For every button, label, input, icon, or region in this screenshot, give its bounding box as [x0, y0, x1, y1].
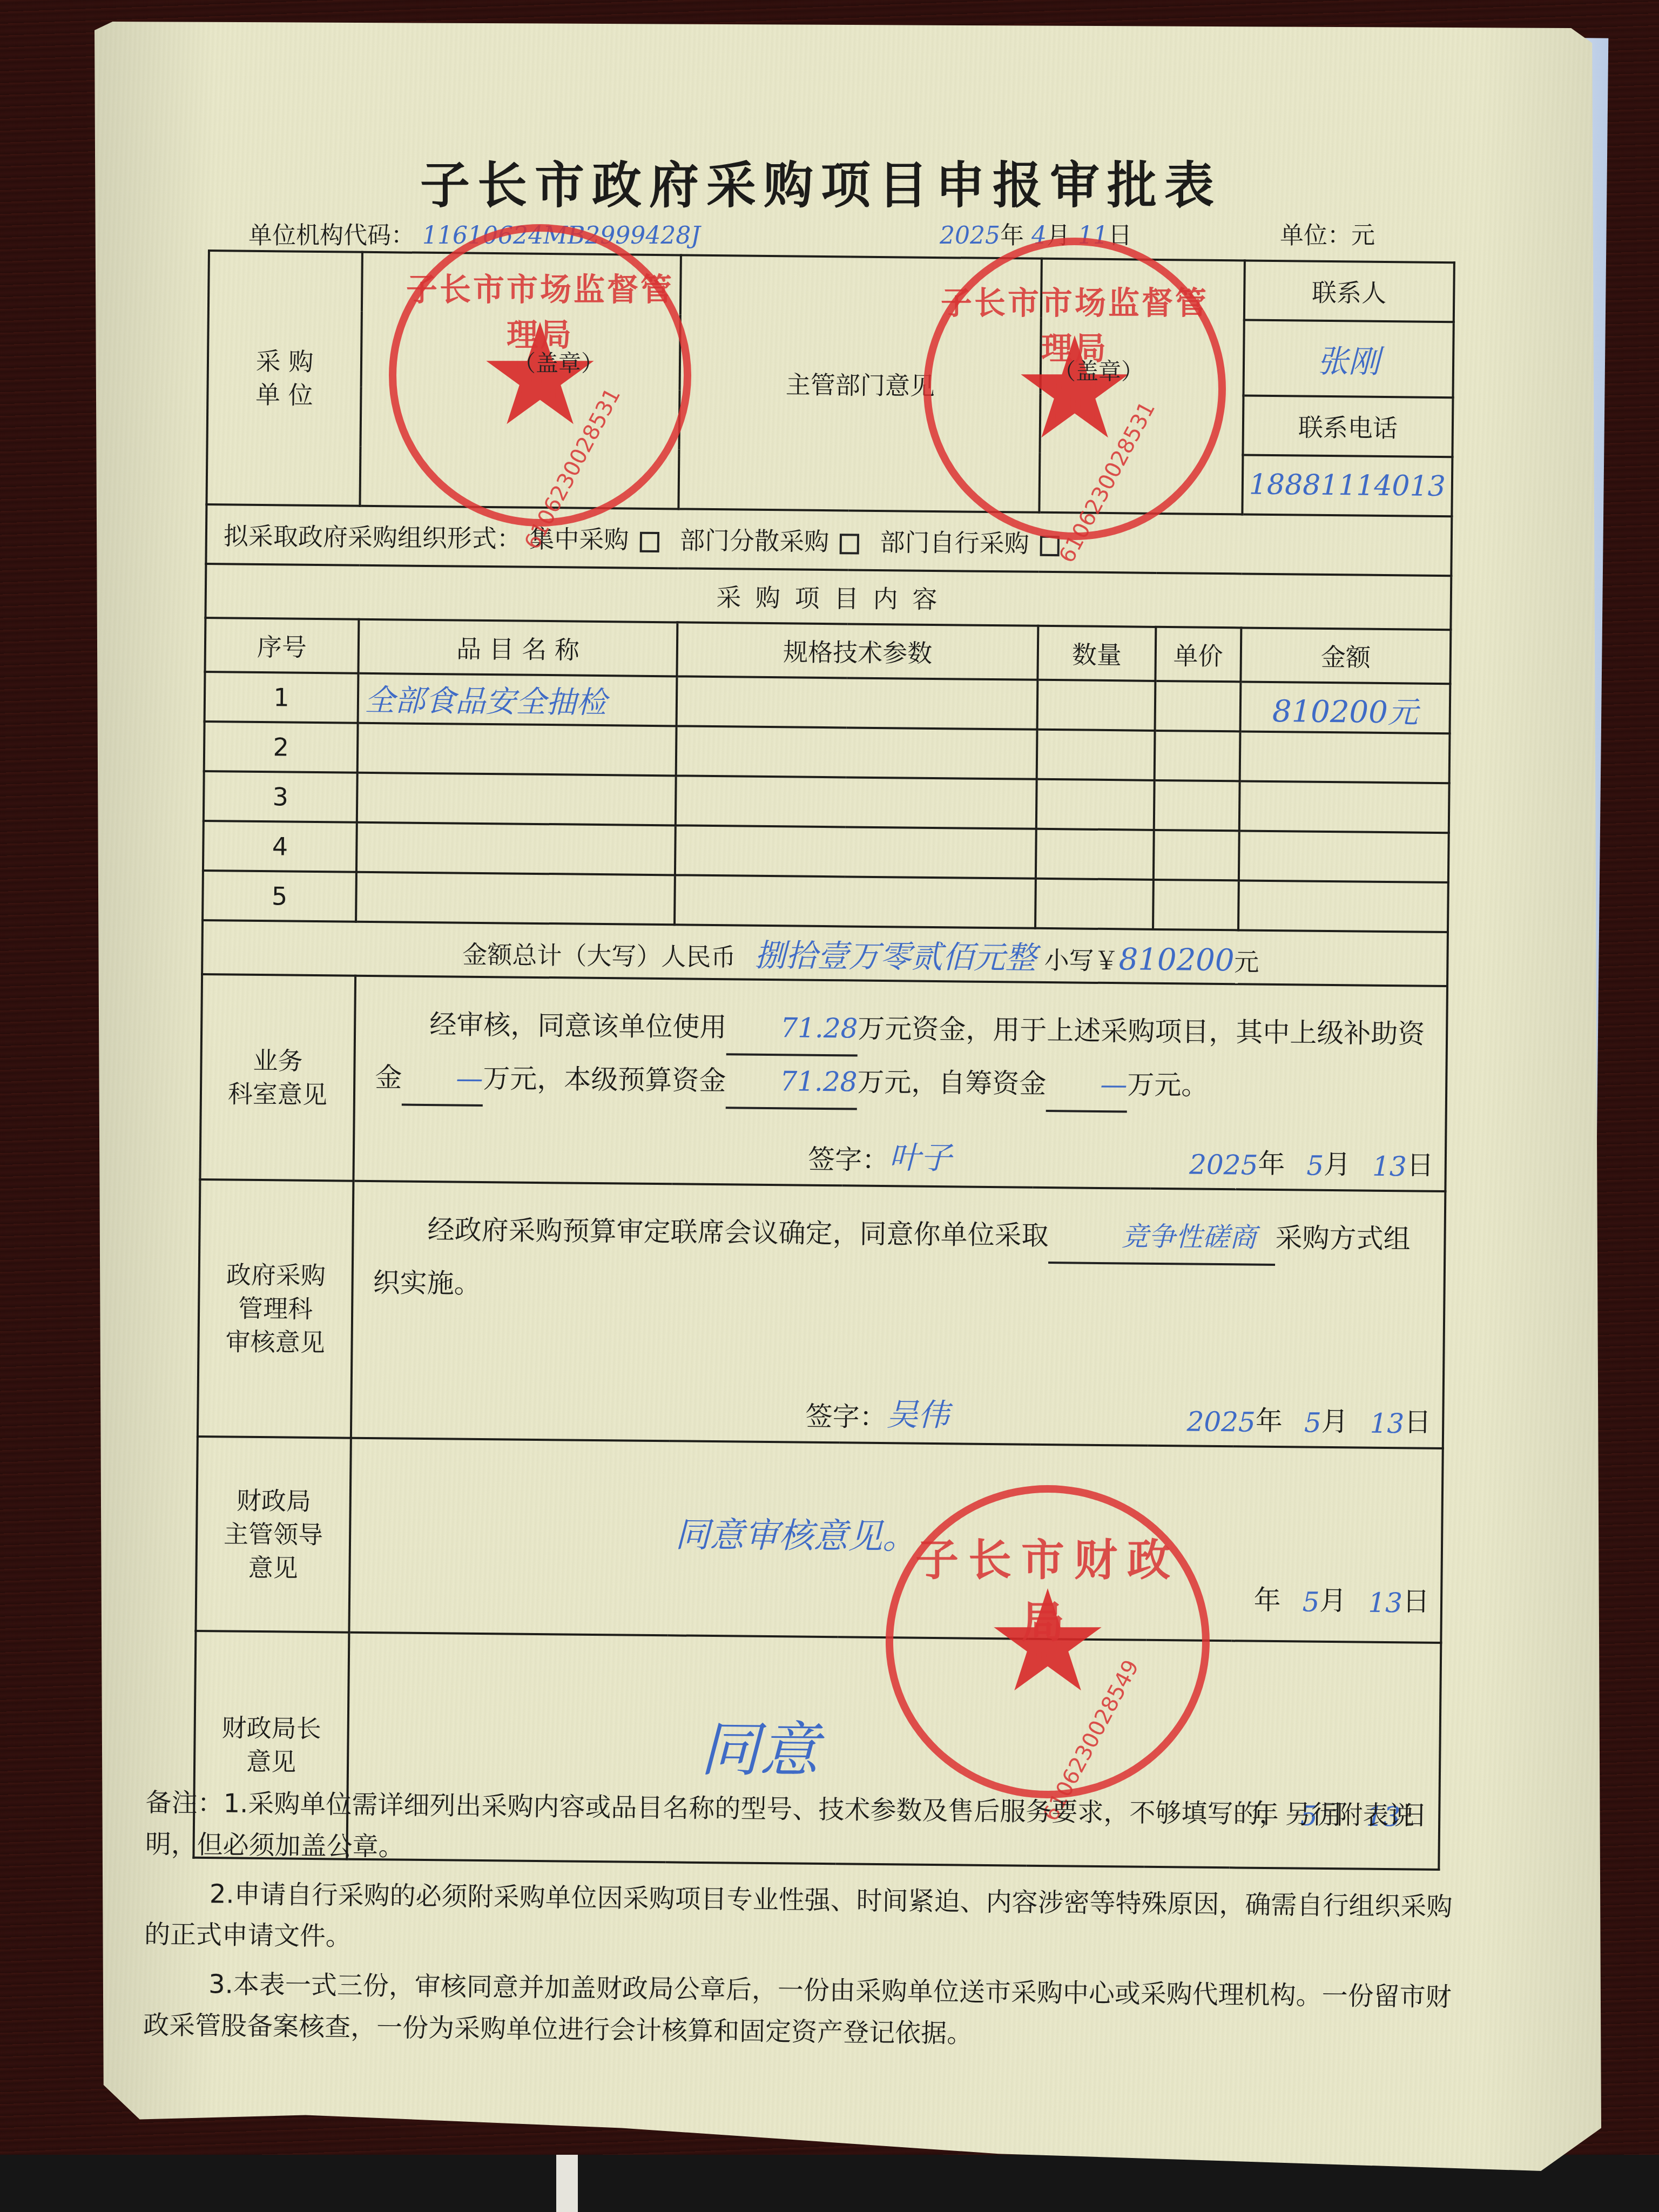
row-qty: [1037, 730, 1155, 780]
date-month: 5: [1302, 1587, 1319, 1618]
date-year: 2025: [1189, 1149, 1258, 1181]
date-day: 13: [1372, 1151, 1407, 1183]
finance-leader-label: 财政局 主管领导 意见: [195, 1437, 351, 1633]
business-opinion-text: 经审核，同意该单位使用71.28万元资金，用于上述采购项目，其中上级补助资金—万…: [355, 977, 1446, 1116]
approval-form-table: 采 购 单 位 主管部门意见 联系人 张刚 联系电话 18881114013 拟…: [192, 249, 1455, 1871]
option-centralized-label: 集中采购: [529, 524, 629, 555]
header-date-month: 4: [1031, 222, 1047, 249]
option-dept-self-label: 部门自行采购: [880, 528, 1029, 558]
currency-unit: 单位：元: [1280, 216, 1375, 251]
date-day: 13: [1368, 1587, 1402, 1619]
row-spec: [677, 676, 1038, 729]
business-sign-line: 签字： 叶子 2025年 5月 13日: [355, 1127, 1445, 1190]
row-price: [1154, 731, 1240, 781]
supervisor-seal-cell: [1040, 259, 1245, 515]
row-no: 2: [204, 721, 358, 773]
option-centralized-checkbox[interactable]: [639, 531, 659, 552]
contact-phone-value: 18881114013: [1242, 455, 1452, 516]
text: 经审核，同意该单位使用: [429, 1009, 727, 1043]
row-amount: [1240, 731, 1450, 783]
total-unit: 元: [1234, 947, 1259, 976]
note-1: 备注：1.采购单位需详细列出采购内容或品目名称的型号、技术参数及售后服务要求，不…: [145, 1782, 1463, 1879]
row-amount: [1239, 831, 1449, 882]
day-label: 日: [1407, 1143, 1434, 1182]
row-price: [1153, 830, 1239, 881]
year-label: 年: [1258, 1142, 1285, 1181]
col-header-name: 品 目 名 称: [359, 619, 678, 677]
date-day: 13: [1370, 1408, 1404, 1440]
purchaser-seal-cell: [360, 252, 682, 509]
note-text: 1.采购单位需详细列出采购内容或品目名称的型号、技术参数及售后服务要求，不够填写…: [145, 1789, 1415, 1862]
row-spec: [676, 726, 1037, 779]
year-label: 年: [1256, 1399, 1283, 1438]
purchaser-unit-label: 采 购 单 位: [206, 251, 362, 506]
total-lowercase-label: 小写￥: [1044, 946, 1119, 975]
date-year: 2025: [1186, 1406, 1256, 1438]
date-month: 5: [1306, 1150, 1324, 1182]
supervisor-opinion-label: 主管部门意见: [679, 255, 1042, 512]
procurement-office-cell: 经政府采购预算审定联席会议确定，同意你单位采取竞争性磋商采购方式组织实施。 签字…: [351, 1181, 1445, 1448]
text: 万元，自筹资金: [857, 1067, 1047, 1100]
unit-code-label: 单位机构代码：: [248, 222, 415, 249]
option-dept-dispersed-checkbox[interactable]: [840, 534, 859, 554]
contact-phone-label: 联系电话: [1243, 395, 1453, 457]
month-label: 月: [1321, 1400, 1348, 1439]
row-no: 5: [203, 871, 356, 922]
text: 万元。: [1127, 1069, 1209, 1101]
superior-subsidy-field[interactable]: —: [402, 1053, 483, 1107]
total-label: 金额总计（大写）人民币: [462, 940, 736, 972]
total-lowercase-value: 810200: [1118, 942, 1234, 978]
finance-director-comment: 同意: [349, 1634, 1440, 1794]
date-month: 5: [1304, 1407, 1321, 1439]
procurement-signature: 吴伟: [886, 1389, 949, 1435]
row-item-name: 全部食品安全抽检: [358, 673, 677, 726]
procurement-form-row: 拟采取政府采购组织形式： 集中采购 部门分散采购 部门自行采购: [206, 504, 1452, 576]
notes-section: 备注：1.采购单位需详细列出采购内容或品目名称的型号、技术参数及售后服务要求，不…: [143, 1782, 1464, 2067]
finance-leader-date: 年 5月 13日: [350, 1570, 1441, 1627]
background-card: [556, 2155, 578, 2212]
row-no: 3: [204, 771, 358, 822]
row-item-name: [358, 723, 677, 776]
day-label: 日: [1108, 222, 1132, 249]
procurement-office-text: 经政府采购预算审定联席会议确定，同意你单位采取竞争性磋商采购方式组织实施。: [353, 1182, 1444, 1319]
row-no: 4: [203, 821, 357, 872]
row-price: [1155, 681, 1240, 732]
local-budget-field[interactable]: 71.28: [726, 1055, 858, 1110]
procurement-sign-line: 签字： 吴伟 2025年 5月 13日: [352, 1384, 1442, 1447]
sign-label: 签字：: [808, 1138, 889, 1177]
day-label: 日: [1402, 1580, 1430, 1618]
business-opinion-cell: 经审核，同意该单位使用71.28万元资金，用于上述采购项目，其中上级补助资金—万…: [354, 976, 1447, 1191]
business-signature: 叶子: [889, 1132, 952, 1178]
row-spec: [675, 875, 1036, 928]
text: 经政府采购预算审定联席会议确定，同意你单位采取: [427, 1214, 1049, 1251]
row-spec: [676, 775, 1037, 828]
seal-placeholder-purchaser: （盖章）: [513, 346, 604, 378]
row-amount: [1238, 880, 1448, 932]
row-amount: [1239, 781, 1449, 833]
row-qty: [1036, 829, 1154, 880]
amount-used-field[interactable]: 71.28: [726, 1002, 858, 1056]
note-2: 2.申请自行采购的必须附采购单位因采购项目专业性强、时间紧迫、内容涉密等特殊原因…: [144, 1873, 1462, 1970]
col-header-qty: 数量: [1038, 626, 1156, 681]
col-header-no: 序号: [205, 618, 359, 673]
col-header-price: 单价: [1155, 627, 1241, 682]
contact-person-label: 联系人: [1244, 260, 1454, 322]
row-amount: 810200元: [1240, 682, 1450, 733]
month-label: 月: [1319, 1579, 1347, 1618]
notes-prefix: 备注：: [145, 1788, 224, 1819]
month-label: 月: [1047, 222, 1070, 249]
row-no: 1: [205, 672, 359, 723]
finance-leader-comment: 同意审核意见。: [351, 1439, 1442, 1564]
total-uppercase-value: 捌拾壹万零贰佰元整: [754, 937, 1037, 976]
procurement-form-label: 拟采取政府采购组织形式：: [224, 521, 522, 553]
row-item-name: [357, 773, 676, 826]
year-label: 年: [1253, 1579, 1281, 1617]
finance-leader-cell: 同意审核意见。 年 5月 13日: [349, 1438, 1443, 1643]
text: 万元，本级预算资金: [483, 1063, 726, 1096]
row-qty: [1036, 779, 1154, 830]
month-label: 月: [1324, 1143, 1351, 1182]
col-header-spec: 规格技术参数: [677, 622, 1038, 679]
seal-placeholder-supervisor: （盖章）: [1053, 354, 1144, 386]
contact-person-value: 张刚: [1243, 320, 1453, 397]
procurement-method-field[interactable]: 竞争性磋商: [1048, 1210, 1276, 1266]
row-qty: [1037, 680, 1155, 731]
row-item-name: [356, 872, 675, 925]
day-label: 日: [1404, 1400, 1432, 1439]
business-opinion-label: 业务 科室意见: [200, 974, 355, 1181]
row-qty: [1035, 879, 1153, 929]
note-3: 3.本表一式三份，审核同意并加盖财政局公章后，一份由采购单位送市采购中心或采购代…: [143, 1963, 1461, 2060]
unit-code-row: 单位机构代码： 11610624MB2999428J: [248, 216, 700, 251]
sign-label: 签字：: [805, 1395, 887, 1434]
row-spec: [675, 825, 1036, 878]
row-price: [1154, 780, 1239, 831]
col-header-amount: 金额: [1240, 628, 1451, 684]
option-dept-dispersed-label: 部门分散采购: [680, 525, 829, 556]
header-date-year: 2025: [940, 222, 1000, 249]
procurement-office-label: 政府采购 管理科 审核意见: [198, 1179, 354, 1438]
row-item-name: [356, 822, 676, 875]
option-dept-self-checkbox[interactable]: [1040, 535, 1060, 556]
header-date-day: 11: [1078, 222, 1108, 249]
unit-code-value: 11610624MB2999428J: [422, 222, 700, 249]
self-raised-field[interactable]: —: [1046, 1058, 1128, 1112]
header-date: 2025年 4月 11日: [940, 216, 1132, 251]
year-label: 年: [1000, 222, 1024, 249]
form-title: 子长市政府采购项目申报审批表: [335, 146, 1307, 217]
row-price: [1153, 880, 1239, 930]
